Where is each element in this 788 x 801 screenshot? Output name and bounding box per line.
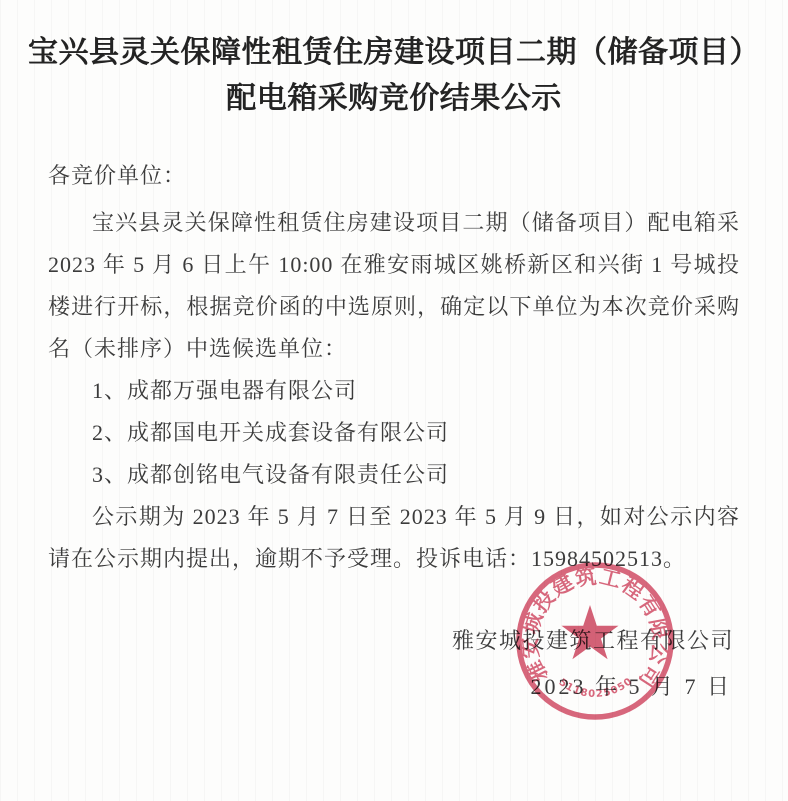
document-page: 宝兴县灵关保障性租赁住房建设项目二期（储备项目） 配电箱采购竞价结果公示 各竞价… (0, 0, 788, 801)
document-title: 宝兴县灵关保障性租赁住房建设项目二期（储备项目） 配电箱采购竞价结果公示 (24, 30, 764, 122)
paragraph-line: 2023 年 5 月 6 日上午 10:00 在雅安雨城区姚桥新区和兴街 1 号… (48, 244, 740, 286)
paragraph-line: 请在公示期内提出，逾期不予受理。投诉电话：15984502513。 (48, 538, 740, 580)
title-line-2: 配电箱采购竞价结果公示 (24, 76, 764, 122)
paragraph-line: 名（未排序）中选候选单位： (48, 328, 740, 370)
winner-item-3: 3、成都创铭电气设备有限责任公司 (48, 454, 740, 496)
paragraph-line: 宝兴县灵关保障性租赁住房建设项目二期（储备项目）配电箱采购于 (48, 202, 740, 244)
paragraph-line: 公示期为 2023 年 5 月 7 日至 2023 年 5 月 9 日，如对公示… (48, 496, 740, 538)
signature-block: 雅安城投建筑工程有限公司 2023 年 5 月 7 日 (48, 620, 740, 708)
document-body: 各竞价单位： 宝兴县灵关保障性租赁住房建设项目二期（储备项目）配电箱采购于 20… (48, 155, 740, 708)
winner-item-1: 1、成都万强电器有限公司 (48, 370, 740, 412)
title-line-1: 宝兴县灵关保障性租赁住房建设项目二期（储备项目） (24, 30, 764, 76)
salutation: 各竞价单位： (48, 155, 740, 197)
publicity-period-paragraph: 公示期为 2023 年 5 月 7 日至 2023 年 5 月 9 日，如对公示… (48, 496, 740, 580)
opening-paragraph: 宝兴县灵关保障性租赁住房建设项目二期（储备项目）配电箱采购于 2023 年 5 … (48, 202, 740, 370)
paragraph-line: 楼进行开标，根据竞价函的中选原则，确定以下单位为本次竞价采购的前 3 (48, 286, 740, 328)
signature-date: 2023 年 5 月 7 日 (48, 666, 740, 708)
signature-company: 雅安城投建筑工程有限公司 (48, 620, 740, 662)
winner-item-2: 2、成都国电开关成套设备有限公司 (48, 412, 740, 454)
